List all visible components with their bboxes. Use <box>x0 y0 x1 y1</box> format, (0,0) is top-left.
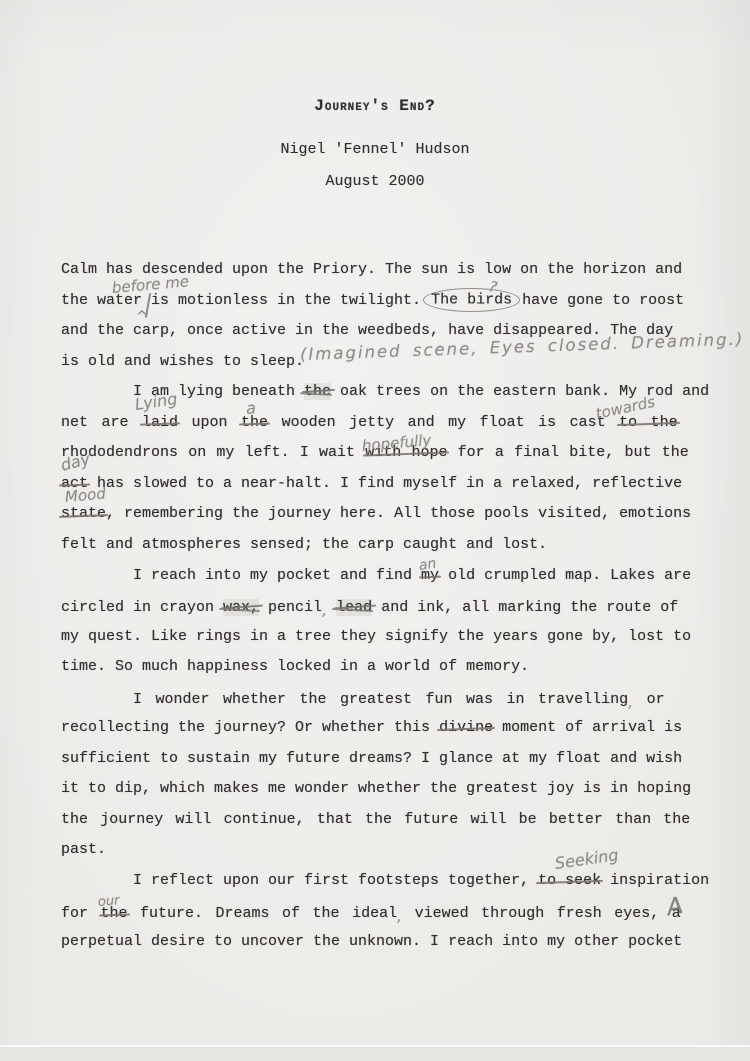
typed-text: past. <box>61 841 106 858</box>
scanned-page: Journey's End? Nigel 'Fennel' Hudson Aug… <box>0 0 750 1061</box>
typed-line: time. So much happiness locked in a worl… <box>61 657 529 677</box>
typed-text: for a final bite, but the <box>447 444 688 461</box>
typed-text: pencil <box>259 599 322 616</box>
typed-line: recollecting the journey? Or whether thi… <box>61 718 682 738</box>
struck-out-text: to seek <box>538 872 601 889</box>
struck-out-text: state <box>61 505 106 522</box>
pencil-inserted-comma: , <box>322 600 327 619</box>
typed-text: sufficient to sustain my future dreams? … <box>61 750 682 767</box>
typed-line: my quest. Like rings in a tree they sign… <box>61 627 691 647</box>
typed-text: time. So much happiness locked in a worl… <box>61 658 529 675</box>
struck-out-text: divine <box>439 719 493 736</box>
typed-text: it to dip, which makes me wonder whether… <box>61 780 691 797</box>
typed-text: my quest. Like rings in a tree they sign… <box>61 628 691 645</box>
note-seeking: Seeking <box>554 845 620 873</box>
pencil-inserted-comma: , <box>628 692 633 711</box>
note-an: an <box>418 556 438 574</box>
note-mood: Mood <box>64 484 106 505</box>
note-a: a <box>245 398 256 418</box>
typed-text: I wonder whether the greatest fun was in… <box>133 691 628 708</box>
typed-text: has slowed to a near-halt. I find myself… <box>88 475 682 492</box>
typed-line: the journey will continue, that the futu… <box>61 810 690 830</box>
document-date-row: August 2000 <box>0 173 750 190</box>
overwritten-letter: a <box>672 905 681 922</box>
typed-text: for <box>61 905 101 922</box>
scribbled-out-text: wax, <box>223 599 259 616</box>
typed-text: or <box>633 691 665 708</box>
typed-text: I reflect upon our first footsteps toget… <box>133 872 538 889</box>
typed-text: viewed through fresh eyes, <box>402 905 672 922</box>
document-date: August 2000 <box>0 173 750 190</box>
typed-text: felt and atmospheres sensed; the carp ca… <box>61 536 547 553</box>
typed-text: and ink, all marking the route of <box>372 599 678 616</box>
document-author: Nigel 'Fennel' Hudson <box>0 141 750 158</box>
typed-line: felt and atmospheres sensed; the carp ca… <box>61 535 547 555</box>
typed-text: perpetual desire to uncover the unknown.… <box>61 933 682 950</box>
note-our: our <box>97 893 120 910</box>
document-author-row: Nigel 'Fennel' Hudson <box>0 141 750 158</box>
typed-line: past. <box>61 840 106 860</box>
typed-text: net are <box>61 414 142 431</box>
typed-line: is old and wishes to sleep. <box>61 352 304 372</box>
typed-line: perpetual desire to uncover the unknown.… <box>61 932 682 952</box>
typed-line: I wonder whether the greatest fun was in… <box>61 688 665 710</box>
typed-line: it to dip, which makes me wonder whether… <box>61 779 691 799</box>
document-header: Journey's End? <box>0 97 750 115</box>
pencil-inserted-comma: , <box>397 906 402 925</box>
typed-line: state, remembering the journey here. All… <box>61 504 691 524</box>
typed-line: I reach into my pocket and find my old c… <box>61 566 691 586</box>
typed-text: future. Dreams of the ideal <box>128 905 398 922</box>
typed-line: I reflect upon our first footsteps toget… <box>61 871 709 891</box>
typed-text: wooden jetty and my float is cast <box>268 414 619 431</box>
typed-line: the water is motionless in the twilight.… <box>61 291 684 311</box>
document-title: Journey's End? <box>0 97 750 115</box>
typed-line: sufficient to sustain my future dreams? … <box>61 749 682 769</box>
typed-text: the journey will continue, that the futu… <box>61 811 690 828</box>
typed-line: act has slowed to a near-halt. I find my… <box>61 474 682 494</box>
typed-text: , remembering the journey here. All thos… <box>106 505 691 522</box>
scan-background-below-page <box>0 1047 750 1061</box>
typed-text: inspiration <box>601 872 709 889</box>
typed-text: I reach into my pocket and find <box>133 567 421 584</box>
typed-text: circled in crayon <box>61 599 223 616</box>
typed-text: is old and wishes to sleep. <box>61 353 304 370</box>
typed-line: circled in crayon wax, pencil, lead and … <box>61 596 678 618</box>
circled-text: The birds <box>423 288 520 312</box>
insertion-caret: ^ <box>136 309 148 325</box>
scribbled-out-text: the <box>304 383 331 400</box>
typed-text: rhododendrons on my left. I wait <box>61 444 365 461</box>
typed-text: upon <box>178 414 241 431</box>
typed-text: have gone to roost <box>513 292 684 309</box>
struck-out-text: laid <box>142 414 178 431</box>
typed-line: for the future. Dreams of the ideal, vie… <box>61 902 681 924</box>
scribbled-out-text: lead <box>336 599 372 616</box>
typed-text: moment of arrival is <box>493 719 682 736</box>
typed-text: recollecting the journey? Or whether thi… <box>61 719 439 736</box>
typed-text: old crumpled map. Lakes are <box>439 567 691 584</box>
typed-line: net are laid upon the wooden jetty and m… <box>61 413 678 433</box>
